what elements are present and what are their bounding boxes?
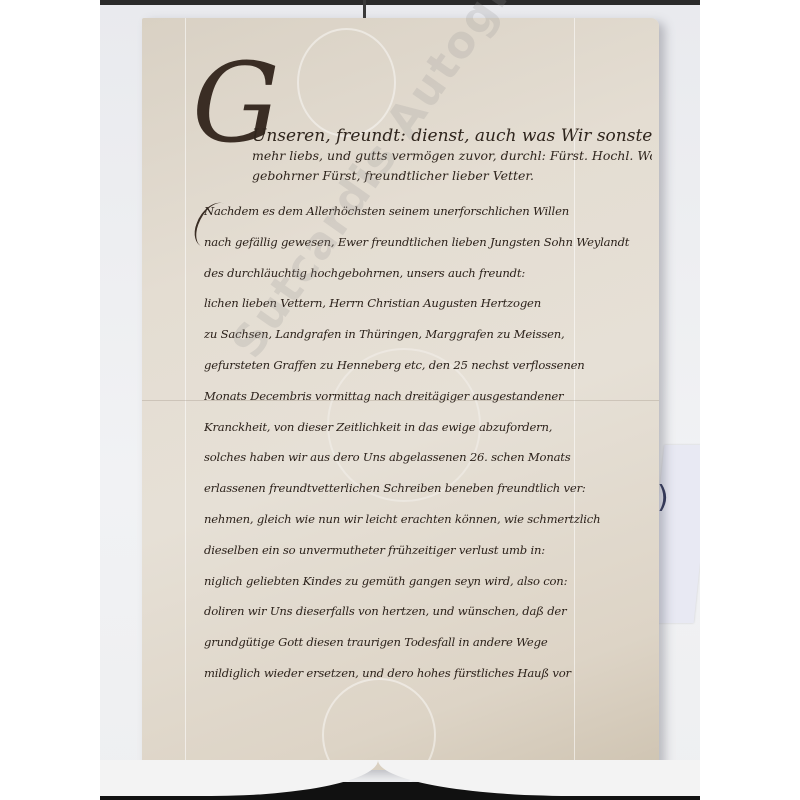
body-line: erlassenen freundtvetterlichen Schreiben… — [204, 473, 649, 504]
letter-paper: G Unseren, freundt: dienst, auch was Wir… — [142, 18, 659, 770]
body-line: mildiglich wieder ersetzen, und dero hoh… — [204, 658, 649, 689]
salutation-line: mehr liebs, und gutts vermögen zuvor, du… — [252, 146, 652, 166]
body-line: dieselben ein so unvermutheter frühzeiti… — [204, 535, 649, 566]
body-line: niglich geliebten Kindes zu gemüth gange… — [204, 566, 649, 597]
body-line: solches haben wir aus dero Uns abgelasse… — [204, 442, 649, 473]
body-line: nehmen, gleich wie nun wir leicht eracht… — [204, 504, 649, 535]
document-photo: ) G Unseren, freundt: dienst, auch was W… — [100, 0, 700, 800]
top-shadow-strip — [100, 0, 700, 5]
salutation-block: Unseren, freundt: dienst, auch was Wir s… — [252, 126, 652, 186]
body-line: grundgütige Gott diesen traurigen Todesf… — [204, 627, 649, 658]
body-line: doliren wir Uns dieserfalls von hertzen,… — [204, 596, 649, 627]
body-line: Monats Decembris vormittag nach dreitägi… — [204, 381, 649, 412]
body-line: Kranckheit, von dieser Zeitlichkeit in d… — [204, 412, 649, 443]
fold-line-vertical — [185, 18, 186, 770]
salutation-line: gebohrner Fürst, freundtlicher lieber Ve… — [252, 166, 652, 186]
salutation-line: Unseren, freundt: dienst, auch was Wir s… — [252, 126, 652, 146]
body-line: Nachdem es dem Allerhöchsten seinem uner… — [204, 196, 649, 227]
book-spine — [363, 0, 366, 18]
body-line: nach gefällig gewesen, Ewer freundtliche… — [204, 227, 649, 258]
